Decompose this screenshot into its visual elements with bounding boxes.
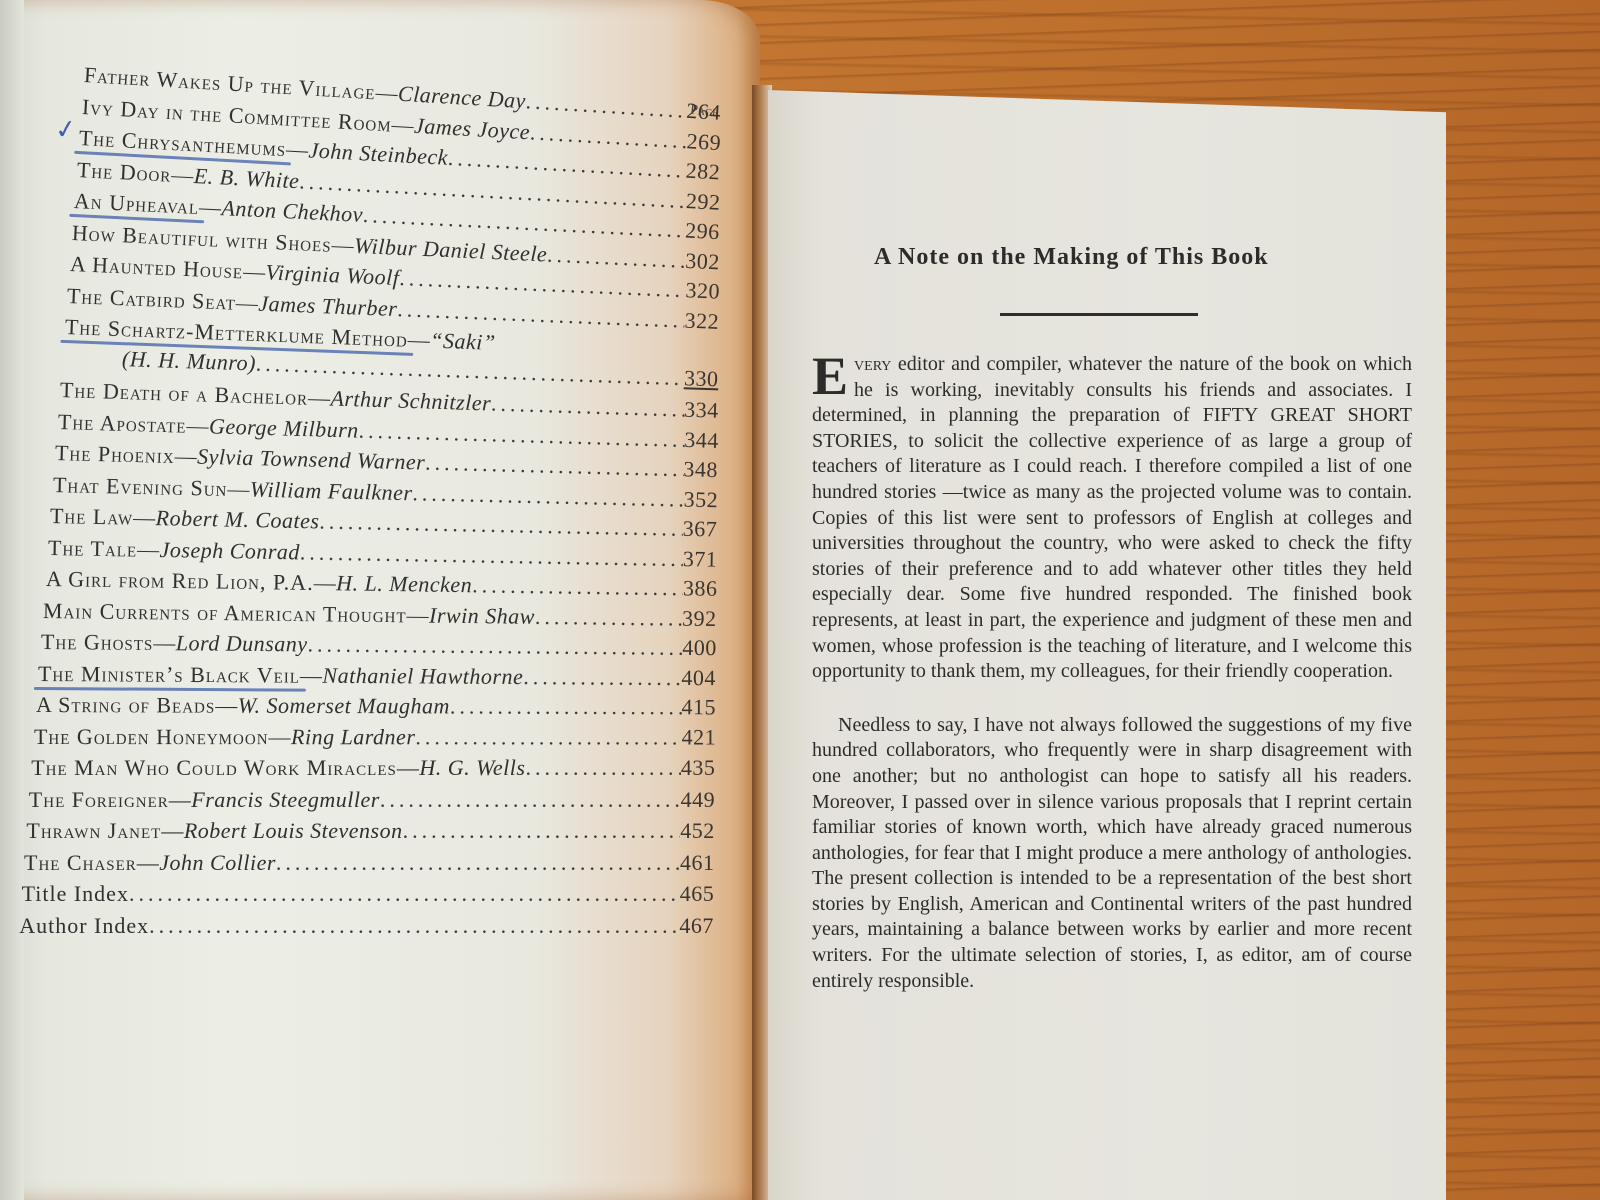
toc-entry-author: H. G. Wells [419, 755, 525, 781]
toc-entry-author: John Collier [159, 850, 276, 876]
leader-dots: ........................................… [524, 664, 682, 691]
em-dash: — [407, 602, 430, 628]
toc-entry: The Man Who Could Work Miracles—H. G. We… [31, 755, 715, 781]
toc-entry-page: 404 [682, 665, 717, 691]
toc-entry-page: 415 [681, 694, 716, 720]
leader-dots: ........................................… [535, 603, 683, 631]
em-dash: — [375, 79, 399, 106]
toc-entry-page: 461 [680, 850, 715, 876]
toc-entry-author: “Saki” [430, 328, 496, 356]
em-dash: — [171, 161, 195, 188]
toc-entry-title: How Beautiful with Shoes [71, 220, 332, 258]
em-dash: — [161, 818, 184, 844]
paragraph-1: Every editor and compiler, whatever the … [812, 352, 1412, 685]
leader-dots: ........................................… [525, 88, 687, 123]
toc-entry: The Ghosts—Lord Dunsany.................… [41, 629, 717, 661]
em-dash: — [407, 327, 430, 354]
em-dash: — [236, 289, 260, 316]
leader-dots: ........................................… [129, 881, 680, 907]
em-dash: — [227, 476, 250, 503]
title-rule [1000, 313, 1198, 316]
leader-dots: ........................................… [525, 755, 680, 781]
note-title: A Note on the Making of This Book [874, 244, 1269, 271]
toc-entry-title: That Evening Sun [52, 472, 227, 502]
toc-entry-title: The Chaser [24, 850, 137, 876]
leader-dots: ........................................… [425, 450, 684, 483]
em-dash: — [137, 850, 160, 876]
toc-entry-author: Ring Lardner [291, 724, 415, 750]
toc-entry-title: Main Currents of American Thought [43, 598, 407, 628]
toc-entry-author: Irwin Shaw [429, 602, 535, 629]
em-dash: — [391, 111, 415, 138]
toc-entry-title: The Apostate [57, 409, 186, 439]
toc-list: Father Wakes Up the Village—Clarence Day… [0, 0, 760, 1000]
toc-entry-page: 322 [684, 307, 720, 334]
toc-entry-page: 465 [680, 881, 715, 907]
toc-entry: A Girl from Red Lion, P.A.—H. L. Mencken… [45, 566, 717, 602]
leader-dots: ........................................… [529, 119, 687, 154]
toc-entry-page: 392 [682, 605, 717, 631]
em-dash: — [313, 570, 336, 596]
toc-entry-title: The Minister’s Black Veil [38, 661, 300, 689]
toc-entry-page: 264 [686, 98, 722, 126]
toc-entry-title: The Law [50, 503, 134, 531]
left-page-table-of-contents: Page ✓ Father Wakes Up the Village—Clare… [0, 0, 760, 1200]
toc-entry-author: William Faulkner [249, 476, 412, 506]
toc-entry-title: The Door [76, 157, 172, 188]
toc-entry-author: John Steinbeck [308, 137, 449, 170]
em-dash: — [153, 630, 176, 656]
toc-entry-author: E. B. White [193, 162, 300, 193]
toc-entry: The Minister’s Black Veil—Nathaniel Hawt… [38, 661, 716, 691]
toc-entry-page: 371 [683, 546, 718, 573]
toc-entry-title: The Ghosts [41, 629, 154, 656]
toc-entry-page: 352 [683, 486, 718, 513]
toc-entry-title: The Foreigner [29, 787, 169, 813]
leader-dots: ........................................… [415, 724, 681, 750]
toc-entry-title: The Phoenix [55, 440, 175, 469]
toc-entry-author: Robert Louis Stevenson [184, 818, 403, 844]
leader-dots: ........................................… [547, 241, 686, 273]
toc-entry-title: The Golden Honeymoon [34, 724, 269, 750]
em-dash: — [308, 385, 331, 412]
toc-entry-author: James Thurber [258, 290, 398, 322]
toc-entry-page: 449 [681, 787, 716, 813]
toc-entry-author: Clarence Day [397, 81, 526, 115]
toc-entry-title: A String of Beads [36, 692, 215, 719]
leader-dots: ........................................… [276, 850, 680, 876]
em-dash: — [331, 231, 355, 258]
toc-entry-title: The Tale [48, 535, 138, 563]
toc-entry-author: (H. H. Munro) [122, 346, 257, 377]
toc-entry-page: 330 [684, 365, 719, 392]
toc-entry-author: Anton Chekhov [221, 195, 364, 228]
toc-entry-author: Arthur Schnitzler [330, 386, 491, 417]
toc-entry: Main Currents of American Thought—Irwin … [43, 598, 717, 632]
toc-entry-author: Wilbur Daniel Steele [354, 232, 548, 267]
toc-entry: The Golden Honeymoon—Ring Lardner.......… [34, 724, 716, 750]
toc-entry-author: Robert M. Coates [156, 505, 320, 534]
em-dash: — [300, 662, 323, 688]
leader-dots: ........................................… [358, 417, 684, 452]
toc-entry: Author Index............................… [19, 913, 714, 939]
toc-entry-page: 435 [681, 755, 716, 781]
toc-entry-author: James Joyce [413, 112, 530, 145]
em-dash: — [174, 443, 197, 470]
toc-entry-page: 421 [681, 724, 716, 750]
toc-entry-title: An Upheaval [74, 188, 200, 220]
toc-entry: Title Index.............................… [22, 881, 715, 907]
toc-entry-page: 452 [680, 818, 715, 844]
leader-dots: ........................................… [472, 572, 683, 601]
leader-dots: ........................................… [300, 539, 683, 572]
em-dash: — [215, 693, 238, 719]
toc-entry-title: Author Index [19, 913, 149, 939]
toc-entry-page: 282 [685, 158, 721, 186]
toc-entry-author: Joseph Conrad [159, 536, 300, 564]
leader-dots: ........................................… [412, 480, 684, 512]
leader-dots: ........................................… [491, 391, 685, 423]
leader-dots: ........................................… [149, 913, 679, 939]
right-page-note: A Note on the Making of This Book Every … [768, 90, 1446, 1200]
toc-entry-page: 348 [683, 456, 718, 483]
leader-dots: ........................................… [403, 818, 681, 844]
toc-entry-author: Lord Dunsany [176, 630, 308, 657]
em-dash: — [286, 136, 310, 163]
toc-entry-title: The Catbird Seat [67, 283, 237, 316]
toc-entry: A String of Beads—W. Somerset Maugham...… [36, 692, 716, 720]
toc-entry: The Chaser—John Collier.................… [24, 850, 715, 876]
toc-entry-title: The Chrysanthemums [78, 125, 287, 162]
paragraph-1-text-b: , to solicit the collective experience o… [812, 430, 1412, 682]
em-dash: — [268, 724, 291, 750]
toc-entry-page: 400 [682, 635, 717, 661]
toc-entry-page: 467 [679, 913, 714, 939]
toc-entry-title: The Man Who Could Work Miracles [31, 755, 397, 781]
toc-entry-title: A Girl from Red Lion, P.A. [45, 566, 313, 596]
toc-entry-page: 302 [685, 247, 721, 275]
em-dash: — [186, 412, 209, 439]
toc-entry-author: Virginia Woolf [265, 259, 400, 291]
leader-dots: ........................................… [307, 631, 682, 660]
toc-entry-author: Nathaniel Hawthorne [323, 662, 524, 689]
toc-entry-page: 296 [685, 217, 721, 245]
leader-dots: ........................................… [380, 787, 681, 813]
toc-entry-title: Thrawn Janet [26, 818, 161, 844]
toc-entry-author: H. L. Mencken [336, 570, 472, 598]
toc-entry-page: 367 [683, 516, 718, 543]
paragraph-2: Needless to say, I have not always follo… [812, 713, 1412, 995]
toc-entry-page: 292 [685, 188, 721, 216]
toc-entry-title: A Haunted House [69, 251, 243, 284]
em-dash: — [242, 258, 266, 285]
toc-entry-title: The Death of a Bachelor [60, 377, 309, 411]
leader-dots: ........................................… [450, 693, 682, 720]
toc-entry-author: George Milburn [208, 413, 358, 443]
em-dash: — [133, 505, 156, 531]
em-dash: — [397, 755, 420, 781]
toc-entry-author: W. Somerset Maugham [238, 693, 450, 720]
em-dash: — [199, 194, 223, 221]
note-body: Every editor and compiler, whatever the … [812, 352, 1412, 1022]
toc-entry: Thrawn Janet—Robert Louis Stevenson.....… [26, 818, 714, 844]
toc-entry-author: Francis Steegmuller [191, 787, 380, 813]
toc-entry-author: Sylvia Townsend Warner [197, 444, 426, 476]
toc-entry-page: 320 [685, 277, 721, 304]
toc-entry-page: 386 [682, 575, 717, 602]
toc-entry: The Foreigner—Francis Steegmuller.......… [29, 787, 715, 813]
toc-entry-page: 344 [684, 426, 719, 453]
em-dash: — [169, 787, 192, 813]
leader-dots: ........................................… [320, 508, 684, 541]
toc-entry-page: 269 [685, 128, 721, 156]
opening-smallcaps: very [854, 353, 891, 375]
drop-cap: E [812, 354, 848, 398]
toc-entry-title: Title Index [22, 881, 129, 907]
ink-underline [34, 686, 306, 691]
em-dash: — [137, 536, 160, 562]
toc-entry-page: 334 [684, 397, 719, 424]
